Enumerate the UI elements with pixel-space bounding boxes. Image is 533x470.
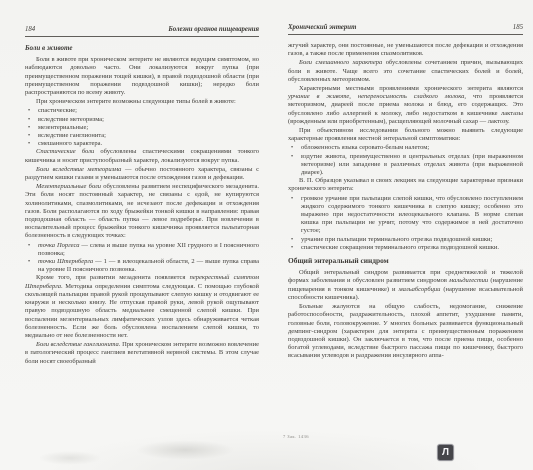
- list-item: •урчание при пальпации терминального отр…: [288, 236, 523, 244]
- text-segment: . Методика определения симптома следующа…: [25, 283, 259, 339]
- text-segment: Спастические боли: [36, 148, 94, 155]
- paragraph: жгучий характер, они постоянные, не умен…: [288, 42, 523, 58]
- text-segment: Общий энтеральный синдром: [288, 256, 389, 265]
- bullet-icon: •: [28, 124, 30, 132]
- bullet-icon: •: [28, 132, 30, 140]
- text-segment: Характерными местными проявлениями хрони…: [299, 85, 523, 92]
- bullet-icon: •: [291, 195, 293, 203]
- list-item: •мезентериальные;: [25, 124, 259, 132]
- text-segment: спастические сокращения терминального от…: [301, 244, 499, 251]
- paragraph: Общий энтеральный синдром развивается пр…: [288, 269, 523, 302]
- labirint-watermark-logo: Л: [437, 444, 454, 461]
- bullet-icon: •: [28, 116, 30, 124]
- list-item: •точки Штернберга — 1 — в илеоцекальной …: [25, 258, 259, 274]
- text-segment: урчание при пальпации терминального отре…: [301, 236, 492, 243]
- text-segment: обусловлены развитием неспецифического м…: [25, 183, 259, 239]
- text-segment: обложенность языка серовато-белым налето…: [301, 144, 429, 151]
- bullet-icon: •: [291, 144, 293, 152]
- right-page-body: жгучий характер, они постоянные, не умен…: [288, 42, 523, 361]
- list-item: •спастические;: [25, 107, 259, 115]
- bullet-icon: •: [291, 236, 293, 244]
- paragraph: При объективном исследовании больного мо…: [288, 127, 523, 143]
- paragraph: Кроме того, при развитии мезаденита появ…: [25, 274, 259, 340]
- text-segment: Боли вследствие метеоризма: [36, 166, 121, 173]
- paragraph: При хроническом энтерите возможны следую…: [25, 98, 259, 106]
- text-segment: жгучий характер, они постоянные, не умен…: [288, 42, 523, 57]
- paragraph: Боли вследствие ганглионита. При хрониче…: [25, 341, 259, 366]
- left-running-title: Болезни органов пищеварения: [168, 26, 259, 34]
- left-page: 184 Болезни органов пищеварения Боли в ж…: [25, 0, 259, 367]
- bullet-icon: •: [291, 153, 293, 161]
- list-item: •смешанного характера.: [25, 140, 259, 148]
- list-item: •вздутие живота, преимущественно в центр…: [288, 153, 523, 178]
- text-segment: вследствие метеоризма;: [38, 116, 104, 123]
- bullet-icon: •: [28, 107, 30, 115]
- text-segment: Боли в животе: [25, 44, 72, 52]
- book-scan: 184 Болезни органов пищеварения Боли в ж…: [0, 0, 533, 470]
- paragraph: Больные жалуются на общую слабость, недо…: [288, 303, 523, 360]
- text-segment: точка Поргеса: [38, 242, 79, 249]
- text-segment: спастические;: [38, 107, 77, 114]
- text-segment: смешанного характера.: [38, 140, 102, 147]
- text-segment: Кроме того, при развитии мезаденита появ…: [36, 274, 190, 281]
- text-segment: При хроническом энтерите возможны следую…: [36, 98, 236, 105]
- bullet-icon: •: [291, 244, 293, 252]
- right-running-title: Хронический энтерит: [288, 24, 356, 32]
- text-segment: вздутие живота, преимущественно в центра…: [301, 153, 523, 176]
- bullet-icon: •: [28, 140, 30, 148]
- paragraph: В. П. Образцов указывал в своих лекциях …: [288, 177, 523, 193]
- list-item: •спастические сокращения терминального о…: [288, 244, 523, 252]
- paragraph: Боли смешанного характера обусловлены со…: [288, 59, 523, 84]
- bullet-icon: •: [28, 258, 30, 266]
- text-segment: Боли в животе при хроническом энтерите н…: [25, 56, 259, 96]
- printer-signature-mark: 7 Зак. 1436: [283, 434, 309, 439]
- text-segment: громкое урчание при пальпации слепой киш…: [301, 195, 523, 235]
- text-segment: В. П. Образцов указывал в своих лекциях …: [288, 177, 523, 192]
- list-item: •вследствие ганглионита;: [25, 132, 259, 140]
- text-segment: Боли смешанного характера: [299, 59, 382, 66]
- list-item: •громкое урчание при пальпации слепой ки…: [288, 195, 523, 236]
- text-segment: урчание в животе, непереносимость сладко…: [288, 93, 466, 100]
- text-segment: Больные жалуются на общую слабость, недо…: [288, 303, 523, 359]
- right-page: Хронический энтерит 185 жгучий характер,…: [288, 0, 523, 362]
- paragraph: Спастические боли обусловлены спастическ…: [25, 148, 259, 164]
- list-item: •обложенность языка серовато-белым налет…: [288, 144, 523, 152]
- list-item: •точка Поргеса — слева и выше пупка на у…: [25, 242, 259, 258]
- paragraph: Характерными местными проявлениями хрони…: [288, 85, 523, 126]
- text-segment: Мезентериальные боли: [36, 183, 101, 190]
- text-segment: При объективном исследовании больного мо…: [288, 127, 523, 142]
- text-segment: мальдигестии: [449, 277, 488, 284]
- left-page-header: 184 Болезни органов пищеварения: [25, 26, 259, 37]
- right-page-number: 185: [513, 24, 523, 32]
- text-segment: вследствие ганглионита;: [38, 132, 106, 139]
- bullet-icon: •: [28, 242, 30, 250]
- text-segment: точки Штернберга: [38, 258, 93, 265]
- text-segment: мезентериальные;: [38, 124, 88, 131]
- paragraph: Мезентериальные боли обусловлены развити…: [25, 183, 259, 240]
- left-page-number: 184: [25, 26, 35, 34]
- text-segment: Боли вследствие ганглионита.: [36, 341, 120, 348]
- section-heading: Общий энтеральный синдром: [288, 257, 523, 265]
- text-segment: мальабсорбции: [398, 286, 440, 293]
- left-page-body: Боли в животеБоли в животе при хроническ…: [25, 44, 259, 366]
- right-page-header: Хронический энтерит 185: [288, 24, 523, 35]
- paragraph: Боли в животе при хроническом энтерите н…: [25, 56, 259, 97]
- section-heading: Боли в животе: [25, 44, 259, 52]
- list-item: •вследствие метеоризма;: [25, 116, 259, 124]
- paragraph: Боли вследствие метеоризма — обычно пост…: [25, 166, 259, 182]
